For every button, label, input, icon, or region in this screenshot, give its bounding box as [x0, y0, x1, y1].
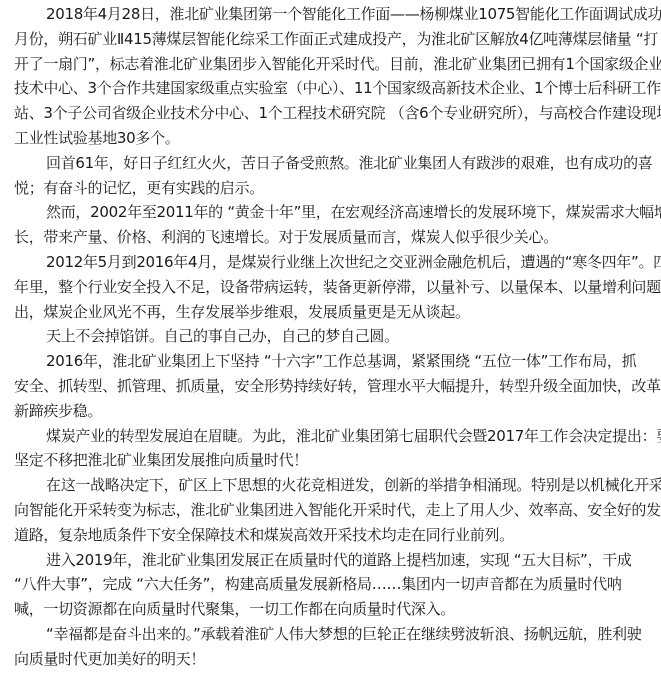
text-line: 月份，朔石矿业Ⅱ415薄煤层智能化综采工作面正式建成投产，为淮北矿区解放4亿吨薄…: [14, 27, 654, 52]
paragraph-2019: 进入2019年，淮北矿业集团发展正在质量时代的道路上提档加速，实现 “五大目标”…: [14, 548, 654, 622]
paragraph-winter-years: 2012年5月到2016年4月，是煤炭行业继上次世纪之交亚洲金融危机后，遭遇的“…: [14, 250, 654, 324]
text-line: 向智能化开采转变为标志，淮北矿业集团进入智能化开采时代，走上了用人少、效率高、安…: [14, 498, 654, 523]
paragraph-looking-back: 回首61年，好日子红红火火，苦日子备受煎熬。淮北矿业集团人有跋涉的艰难，也有成功…: [14, 151, 654, 201]
text-line: 出，煤炭企业风光不再，生存发展举步维艰，发展质量更是无从谈起。: [14, 300, 654, 325]
text-line: 煤炭产业的转型发展迫在眉睫。为此，淮北矿业集团第七届职代会暨2017年工作会决定…: [14, 424, 654, 449]
text-line: 2012年5月到2016年4月，是煤炭行业继上次世纪之交亚洲金融危机后，遭遇的“…: [14, 250, 654, 275]
text-line: 天上不会掉馅饼。自己的事自己办，自己的梦自己圆。: [14, 324, 654, 349]
text-line: “幸福都是奋斗出来的。”承载着淮矿人伟大梦想的巨轮正在继续劈波斩浪、扬帆远航，胜…: [14, 622, 654, 647]
paragraph-intelligent-mining: 2018年4月28日，淮北矿业集团第一个智能化工作面——杨柳煤业1075智能化工…: [14, 2, 654, 151]
text-line: 新蹄疾步稳。: [14, 399, 654, 424]
text-line: 年里，整个行业安全投入不足，设备带病运转，装备更新停滞，以量补亏、以量保本、以量…: [14, 275, 654, 300]
paragraph-self-reliance: 天上不会掉馅饼。自己的事自己办，自己的梦自己圆。: [14, 324, 654, 349]
text-line: 喊，一切资源都在向质量时代聚集，一切工作都在向质量时代深入。: [14, 597, 654, 622]
text-line: 进入2019年，淮北矿业集团发展正在质量时代的道路上提档加速，实现 “五大目标”…: [14, 548, 654, 573]
text-line: 然而，2002年至2011年的 “黄金十年”里，在宏观经济高速增长的发展环境下，…: [14, 200, 654, 225]
paragraph-2016: 2016年，淮北矿业集团上下坚持 “十六字”工作总基调，紧紧围绕 “五位一体”工…: [14, 349, 654, 423]
article-body: 2018年4月28日，淮北矿业集团第一个智能化工作面——杨柳煤业1075智能化工…: [14, 2, 654, 672]
text-line: 道路，复杂地质条件下安全保障技术和煤炭高效开采技术均走在同行业前列。: [14, 523, 654, 548]
text-line: 站、3个子公司省级企业技术分中心、1个工程技术研究院 （含6个专业研究所），与高…: [14, 101, 654, 126]
text-line: 向质量时代更加美好的明天！: [14, 647, 654, 672]
text-line: 工业性试验基地30多个。: [14, 126, 654, 151]
paragraph-golden-decade: 然而，2002年至2011年的 “黄金十年”里，在宏观经济高速增长的发展环境下，…: [14, 200, 654, 250]
text-line: 2016年，淮北矿业集团上下坚持 “十六字”工作总基调，紧紧围绕 “五位一体”工…: [14, 349, 654, 374]
text-line: 在这一战略决定下，矿区上下思想的火花竞相迸发，创新的举措争相涌现。特别是以机械化…: [14, 473, 654, 498]
text-line: 长，带来产量、价格、利润的飞速增长。对于发展质量而言，煤炭人似乎很少关心。: [14, 225, 654, 250]
text-line: 技术中心、3个合作共建国家级重点实验室（中心）、11个国家级高新技术企业、1个博…: [14, 76, 654, 101]
paragraph-transformation: 煤炭产业的转型发展迫在眉睫。为此，淮北矿业集团第七届职代会暨2017年工作会决定…: [14, 424, 654, 474]
text-line: 2018年4月28日，淮北矿业集团第一个智能化工作面——杨柳煤业1075智能化工…: [14, 2, 654, 27]
text-line: 开了一扇门”，标志着淮北矿业集团步入智能化开采时代。目前，淮北矿业集团已拥有1个…: [14, 52, 654, 77]
paragraph-conclusion: “幸福都是奋斗出来的。”承载着淮矿人伟大梦想的巨轮正在继续劈波斩浪、扬帆远航，胜…: [14, 622, 654, 672]
text-line: “八件大事”，完成 “六大任务”，构建高质量发展新格局……集团内一切声音都在为质…: [14, 572, 654, 597]
text-line: 坚定不移把淮北矿业集团发展推向质量时代！: [14, 448, 654, 473]
paragraph-strategy: 在这一战略决定下，矿区上下思想的火花竞相迸发，创新的举措争相涌现。特别是以机械化…: [14, 473, 654, 547]
text-line: 悦；有奋斗的记忆，更有实践的启示。: [14, 176, 654, 201]
text-line: 回首61年，好日子红红火火，苦日子备受煎熬。淮北矿业集团人有跋涉的艰难，也有成功…: [14, 151, 654, 176]
text-line: 安全、抓转型、抓管理、抓质量，安全形势持续好转，管理水平大幅提升，转型升级全面加…: [14, 374, 654, 399]
